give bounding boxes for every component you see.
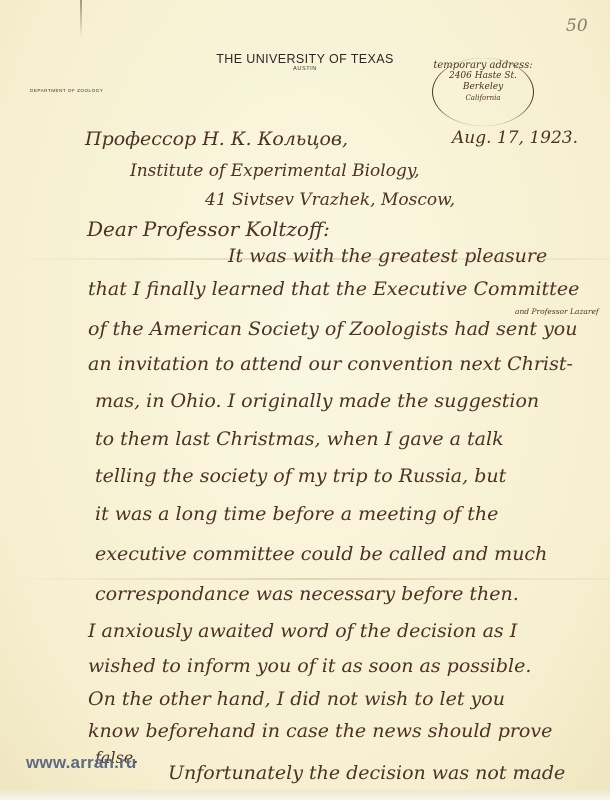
- body-line: correspondance was necessary before then…: [95, 583, 519, 605]
- letter-date: Aug. 17, 1923.: [452, 128, 578, 148]
- body-line: know beforehand in case the news should …: [88, 720, 552, 742]
- salutation: Dear Professor Koltzoff:: [87, 217, 330, 241]
- temporary-address-line: temporary address:: [433, 60, 533, 71]
- page-number: 50: [566, 16, 588, 36]
- page-edge: [0, 790, 610, 800]
- recipient-name: Профессор Н. К. Кольцов,: [85, 128, 348, 150]
- body-line: It was with the greatest pleasure: [228, 245, 547, 267]
- watermark: www.arran.ru: [26, 753, 136, 773]
- body-line: it was a long time before a meeting of t…: [95, 503, 498, 525]
- recipient-street: 41 Sivtsev Vrazhek, Moscow,: [205, 190, 455, 210]
- body-line: mas, in Ohio. I originally made the sugg…: [95, 390, 539, 412]
- temporary-address: temporary address: 2406 Haste St. Berkel…: [432, 58, 534, 126]
- insertion-note: and Professor Lazaref: [515, 307, 599, 316]
- body-line: of the American Society of Zoologists ha…: [88, 318, 577, 340]
- body-line: telling the society of my trip to Russia…: [95, 465, 506, 487]
- body-line: executive committee could be called and …: [95, 543, 547, 565]
- body-line: that I finally learned that the Executiv…: [88, 278, 579, 300]
- body-line: I anxiously awaited word of the decision…: [88, 620, 517, 642]
- body-line: On the other hand, I did not wish to let…: [88, 688, 505, 710]
- temporary-address-line: California: [433, 93, 533, 104]
- temporary-address-line: Berkeley: [433, 82, 533, 93]
- recipient-institute: Institute of Experimental Biology,: [130, 161, 420, 181]
- fold-crease: [0, 578, 610, 580]
- body-line: wished to inform you of it as soon as po…: [88, 655, 531, 677]
- body-line: to them last Christmas, when I gave a ta…: [95, 428, 504, 450]
- body-line: an invitation to attend our convention n…: [88, 353, 573, 375]
- body-line: Unfortunately the decision was not made: [168, 762, 565, 784]
- paper-mark: [80, 0, 82, 38]
- temporary-address-line: 2406 Haste St.: [433, 71, 533, 82]
- letterhead-department: DEPARTMENT OF ZOOLOGY: [30, 88, 103, 93]
